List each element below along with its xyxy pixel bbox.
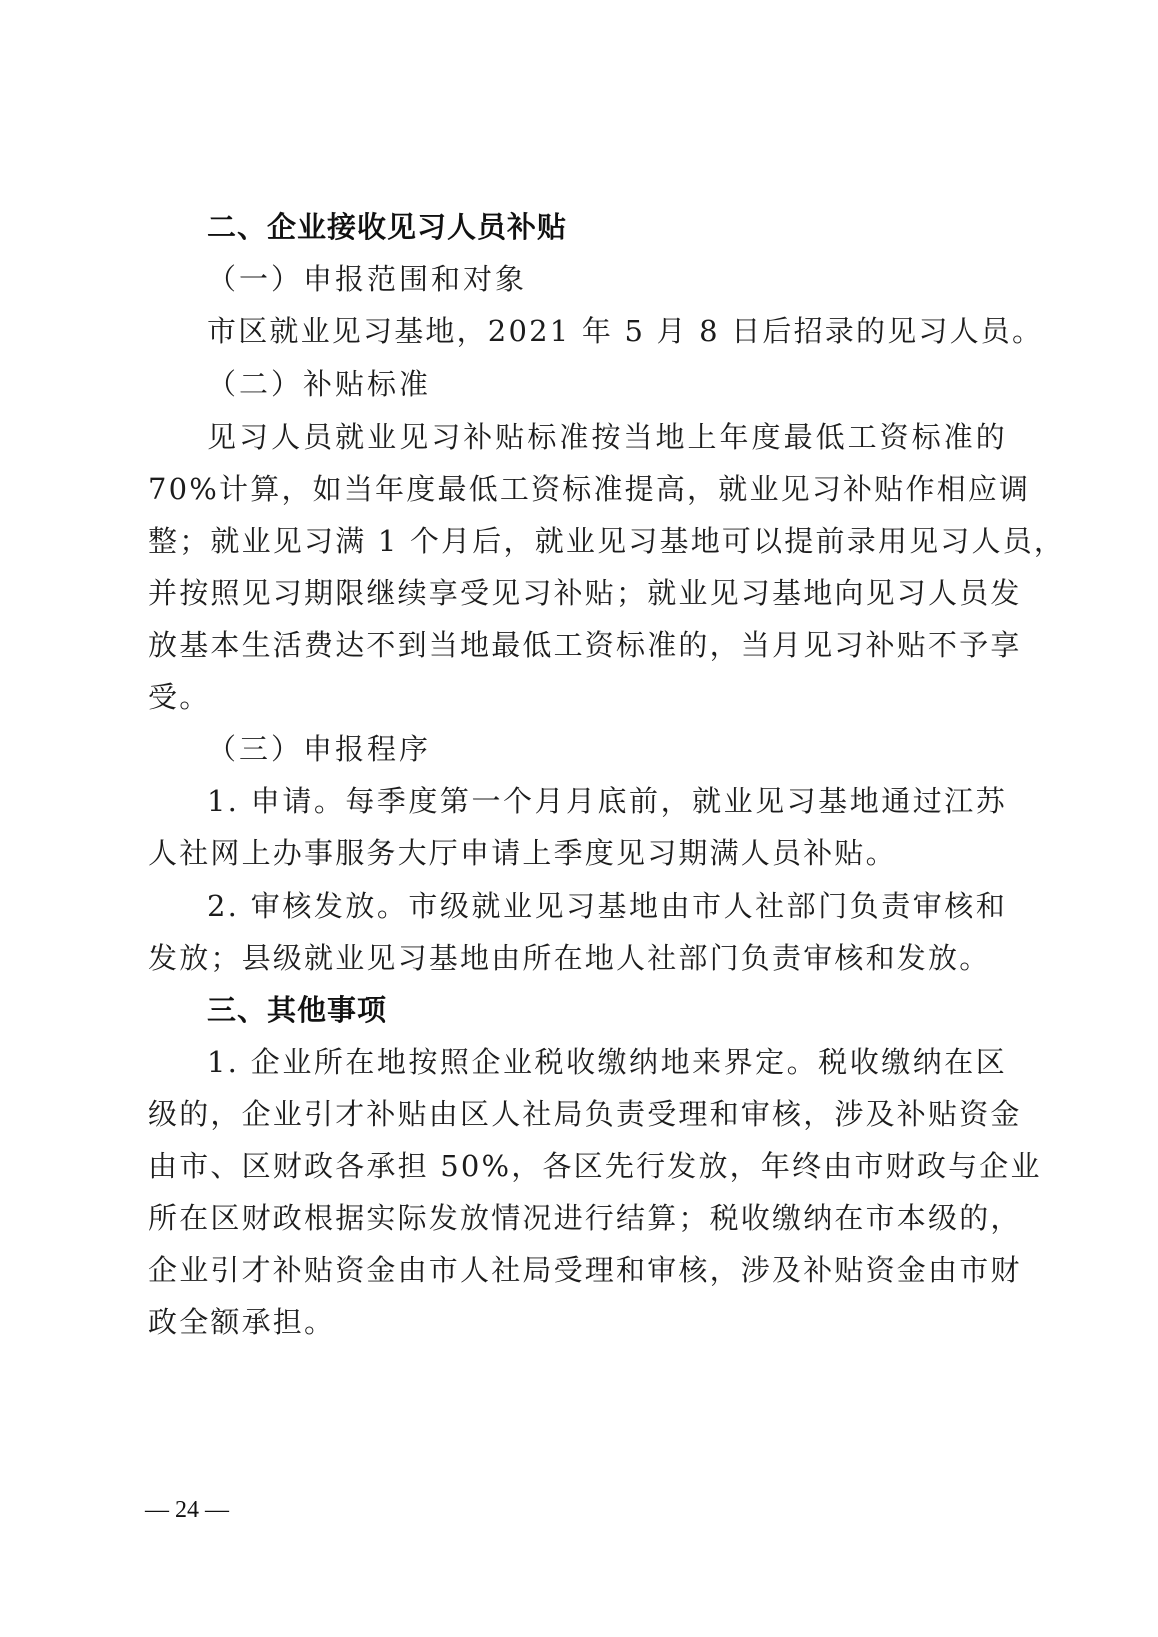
- paragraph-standard-line-3: 整；就业见习满 1 个月后，就业见习基地可以提前录用见习人员，: [148, 515, 1008, 567]
- other-item-1-line-5: 企业引才补贴资金由市人社局受理和审核，涉及补贴资金由市财: [148, 1244, 1008, 1296]
- other-item-1-line-6: 政全额承担。: [148, 1296, 1008, 1348]
- subsection-title-3: （三）申报程序: [207, 723, 1007, 775]
- procedure-item-1-line-2: 人社网上办事服务大厅申请上季度见习期满人员补贴。: [148, 827, 1008, 879]
- procedure-item-2-line-2: 发放；县级就业见习基地由所在地人社部门负责审核和发放。: [148, 932, 1008, 984]
- procedure-item-2-line-1: 2. 审核发放。市级就业见习基地由市人社部门负责审核和: [207, 880, 1007, 932]
- paragraph-standard-line-1: 见习人员就业见习补贴标准按当地上年度最低工资标准的: [207, 411, 1007, 463]
- other-item-1-line-4: 所在区财政根据实际发放情况进行结算；税收缴纳在市本级的，: [148, 1192, 1008, 1244]
- page-number: — 24 —: [145, 1490, 229, 1530]
- subsection-title-2: （二）补贴标准: [207, 358, 1007, 410]
- paragraph-standard-line-5: 放基本生活费达不到当地最低工资标准的，当月见习补贴不予享: [148, 619, 1008, 671]
- section-heading-3: 三、其他事项: [207, 984, 1007, 1036]
- other-item-1-line-3: 由市、区财政各承担 50%，各区先行发放，年终由市财政与企业: [148, 1140, 1008, 1192]
- section-heading-2: 二、企业接收见习人员补贴: [207, 201, 1007, 253]
- paragraph-standard-line-6: 受。: [148, 671, 1008, 723]
- document-page: 二、企业接收见习人员补贴 （一）申报范围和对象 市区就业见习基地，2021 年 …: [0, 0, 1158, 1637]
- paragraph-standard-line-2: 70%计算，如当年度最低工资标准提高，就业见习补贴作相应调: [148, 463, 1008, 515]
- procedure-item-1-line-1: 1. 申请。每季度第一个月月底前，就业见习基地通过江苏: [207, 775, 1007, 827]
- other-item-1-line-1: 1. 企业所在地按照企业税收缴纳地来界定。税收缴纳在区: [207, 1036, 1007, 1088]
- paragraph-scope: 市区就业见习基地，2021 年 5 月 8 日后招录的见习人员。: [207, 305, 1007, 357]
- subsection-title-1: （一）申报范围和对象: [207, 253, 1007, 305]
- paragraph-standard-line-4: 并按照见习期限继续享受见习补贴；就业见习基地向见习人员发: [148, 567, 1008, 619]
- other-item-1-line-2: 级的，企业引才补贴由区人社局负责受理和审核，涉及补贴资金: [148, 1088, 1008, 1140]
